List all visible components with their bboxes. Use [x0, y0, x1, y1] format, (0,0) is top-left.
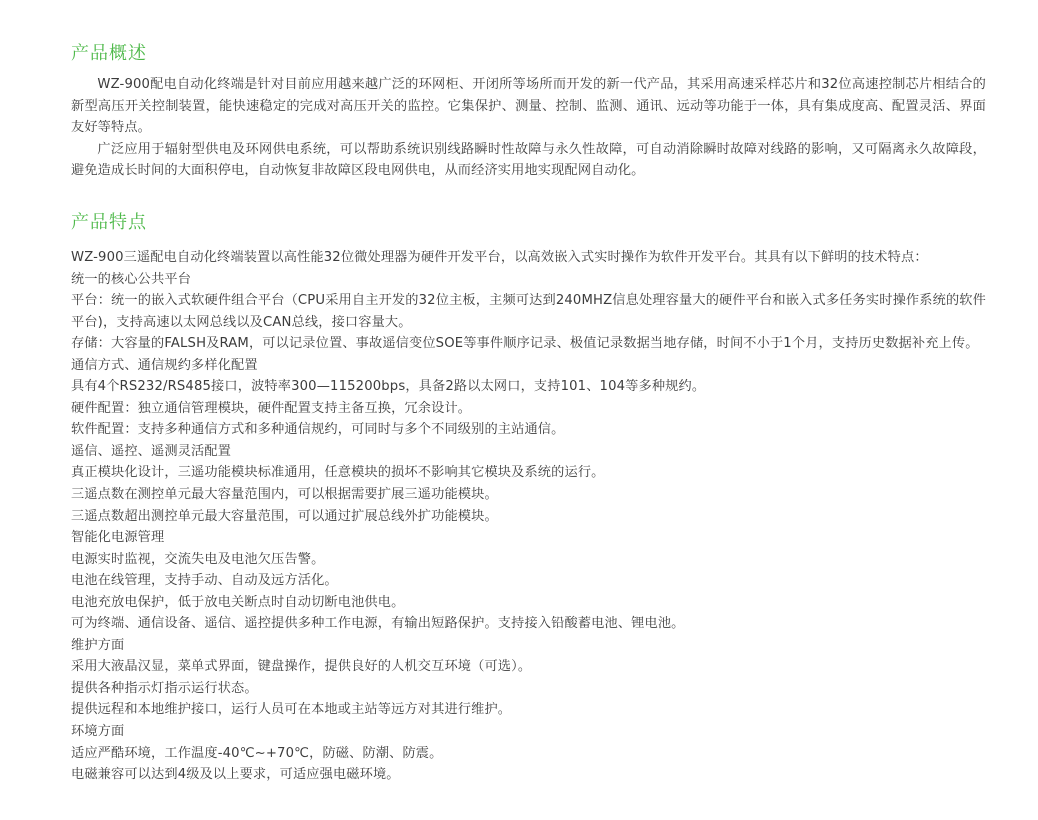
- overview-paragraph: 广泛应用于辐射型供电及环网供电系统，可以帮助系统识别线路瞬时性故障与永久性故障，…: [71, 139, 986, 182]
- features-body: WZ-900三遥配电自动化终端装置以高性能32位微处理器为硬件开发平台，以高效嵌…: [71, 247, 986, 786]
- feature-item: 硬件配置：独立通信管理模块，硬件配置支持主备互换，冗余设计。: [71, 398, 986, 420]
- feature-subheading-maintenance: 维护方面: [71, 635, 986, 657]
- feature-subheading-communication: 通信方式、通信规约多样化配置: [71, 355, 986, 377]
- overview-body: WZ-900配电自动化终端是针对目前应用越来越广泛的环网柜、开闭所等场所而开发的…: [71, 74, 986, 182]
- feature-item: 提供远程和本地维护接口，运行人员可在本地或主站等远方对其进行维护。: [71, 699, 986, 721]
- overview-paragraph: WZ-900配电自动化终端是针对目前应用越来越广泛的环网柜、开闭所等场所而开发的…: [71, 74, 986, 139]
- feature-item: 平台：统一的嵌入式软硬件组合平台（CPU采用自主开发的32位主板，主频可达到24…: [71, 290, 986, 333]
- feature-item: 电磁兼容可以达到4级及以上要求，可适应强电磁环境。: [71, 764, 986, 786]
- feature-item: 三遥点数超出测控单元最大容量范围，可以通过扩展总线外扩功能模块。: [71, 506, 986, 528]
- feature-item: 电池在线管理，支持手动、自动及远方活化。: [71, 570, 986, 592]
- feature-item: 具有4个RS232/RS485接口，波特率300—115200bps，具备2路以…: [71, 376, 986, 398]
- feature-item: 适应严酷环境，工作温度-40℃~+70℃，防磁、防潮、防震。: [71, 743, 986, 765]
- feature-item: 真正模块化设计，三遥功能模块标准通用，任意模块的损坏不影响其它模块及系统的运行。: [71, 462, 986, 484]
- features-heading: 产品特点: [71, 210, 147, 236]
- feature-subheading-platform: 统一的核心公共平台: [71, 269, 986, 291]
- feature-subheading-environment: 环境方面: [71, 721, 986, 743]
- feature-item: 存储：大容量的FALSH及RAM，可以记录位置、事故遥信变位SOE等事件顺序记录…: [71, 333, 986, 355]
- feature-subheading-telecontrol: 遥信、遥控、遥测灵活配置: [71, 441, 986, 463]
- feature-item: 电池充放电保护，低于放电关断点时自动切断电池供电。: [71, 592, 986, 614]
- overview-heading: 产品概述: [71, 41, 147, 67]
- feature-item: 电源实时监视，交流失电及电池欠压告警。: [71, 549, 986, 571]
- feature-item: 三遥点数在测控单元最大容量范围内，可以根据需要扩展三遥功能模块。: [71, 484, 986, 506]
- feature-item: 提供各种指示灯指示运行状态。: [71, 678, 986, 700]
- feature-item: 采用大液晶汉显，菜单式界面，键盘操作，提供良好的人机交互环境（可选）。: [71, 656, 986, 678]
- features-intro: WZ-900三遥配电自动化终端装置以高性能32位微处理器为硬件开发平台，以高效嵌…: [71, 247, 986, 269]
- feature-subheading-power: 智能化电源管理: [71, 527, 986, 549]
- feature-item: 可为终端、通信设备、遥信、遥控提供多种工作电源，有输出短路保护。支持接入铅酸蓄电…: [71, 613, 986, 635]
- feature-item: 软件配置：支持多种通信方式和多种通信规约，可同时与多个不同级别的主站通信。: [71, 419, 986, 441]
